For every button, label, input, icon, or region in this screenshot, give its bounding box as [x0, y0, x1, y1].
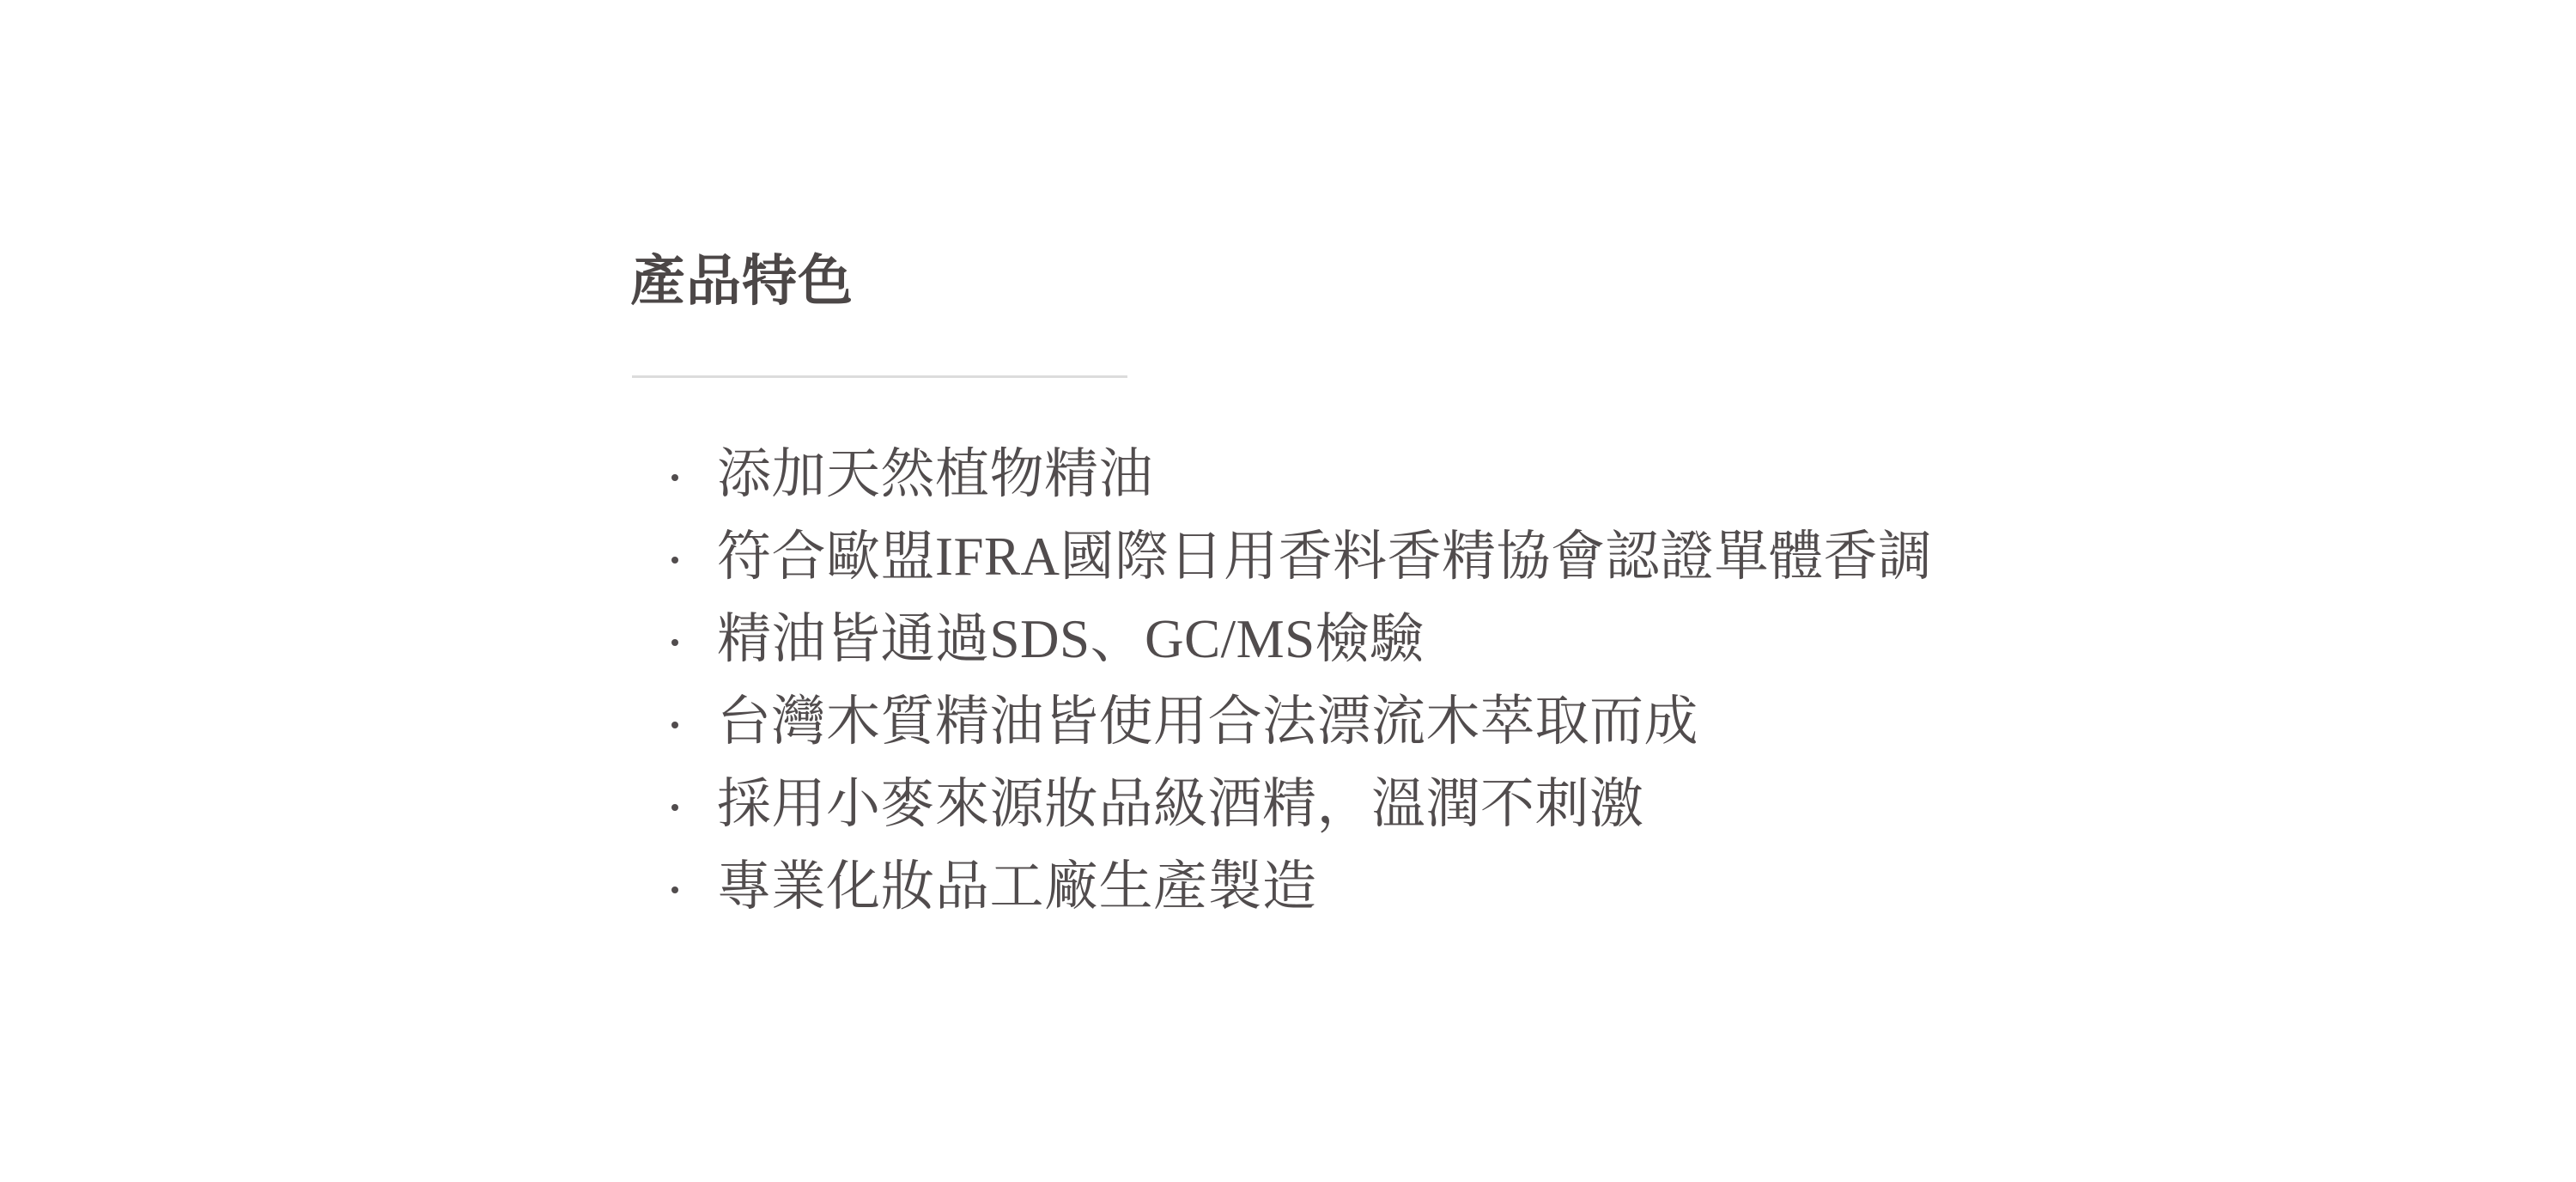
- feature-item: 專業化妝品工廠生產製造: [671, 845, 1933, 928]
- feature-text: 符合歐盟IFRA國際日用香料香精協會認證單體香調: [717, 527, 1933, 587]
- feature-item: 台灣木質精油皆使用合法漂流木萃取而成: [671, 680, 1933, 763]
- section-title: 產品特色: [630, 254, 854, 309]
- bullet-icon: [671, 804, 678, 811]
- bullet-icon: [671, 557, 678, 564]
- bullet-icon: [671, 722, 678, 728]
- product-description-page: 產品特色 添加天然植物精油 符合歐盟IFRA國際日用香料香精協會認證單體香調 精…: [0, 0, 2576, 1182]
- feature-text: 台灣木質精油皆使用合法漂流木萃取而成: [717, 692, 1698, 752]
- feature-item: 精油皆通過SDS、GC/MS檢驗: [671, 598, 1933, 680]
- feature-text: 採用小麥來源妝品級酒精，溫潤不刺激: [717, 774, 1644, 834]
- feature-item: 符合歐盟IFRA國際日用香料香精協會認證單體香調: [671, 515, 1933, 598]
- features-list: 添加天然植物精油 符合歐盟IFRA國際日用香料香精協會認證單體香調 精油皆通過S…: [671, 433, 1933, 928]
- bullet-icon: [671, 639, 678, 646]
- feature-text: 精油皆通過SDS、GC/MS檢驗: [717, 609, 1425, 669]
- bullet-icon: [671, 474, 678, 481]
- section-divider: [632, 375, 1127, 378]
- bullet-icon: [671, 886, 678, 893]
- feature-item: 採用小麥來源妝品級酒精，溫潤不刺激: [671, 763, 1933, 845]
- feature-text: 添加天然植物精油: [717, 444, 1153, 504]
- feature-item: 添加天然植物精油: [671, 433, 1933, 515]
- feature-text: 專業化妝品工廠生產製造: [717, 856, 1317, 917]
